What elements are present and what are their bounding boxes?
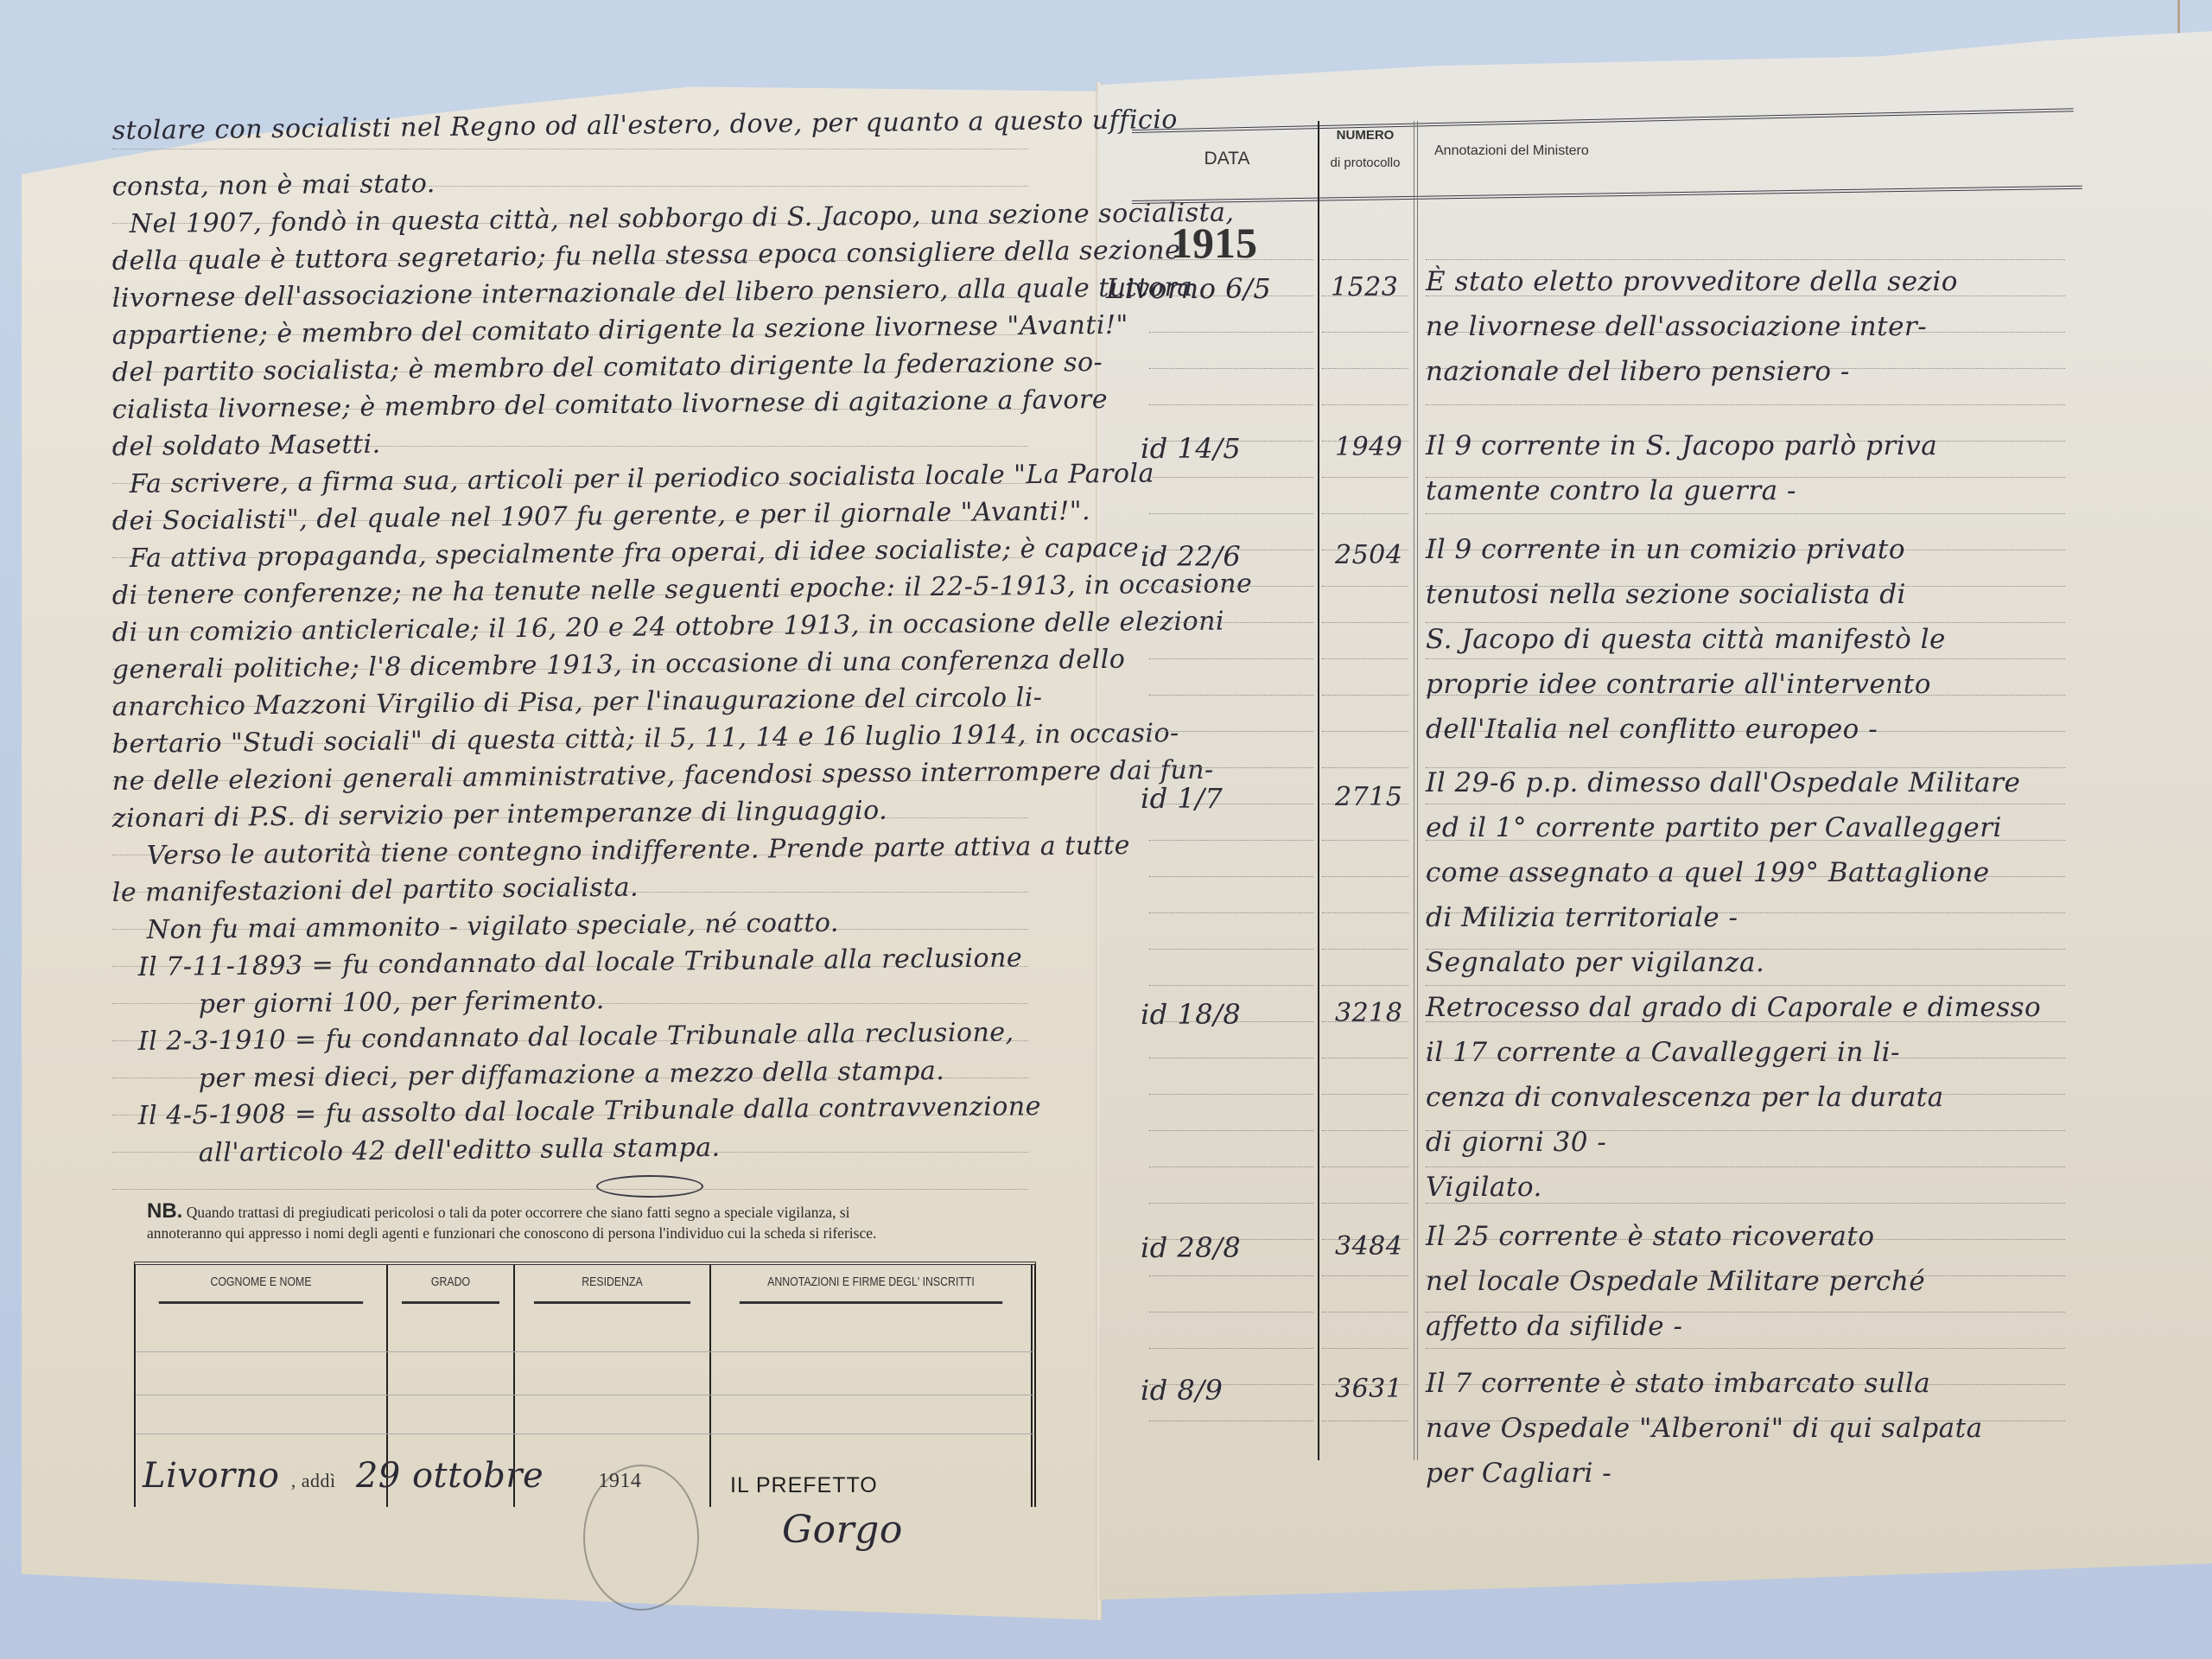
ruled-line (1149, 695, 1313, 696)
ruled-line (1426, 513, 2065, 514)
ruled-line (1322, 622, 1408, 623)
place: Livorno (143, 1456, 280, 1496)
table-rule (136, 1351, 1034, 1352)
ruled-line (1322, 876, 1408, 877)
ruled-line (1149, 912, 1313, 913)
ruled-line (1149, 477, 1313, 478)
ruled-line (1322, 658, 1408, 659)
entry-note: Il 9 corrente in S. Jacopo parlò priva t… (1426, 423, 2203, 513)
entry-note: Il 29-6 p.p. dimesso dall'Ospedale Milit… (1426, 760, 2203, 985)
entry-date: Livorno 6/5 (1106, 272, 1271, 305)
entry-date: id 22/6 (1141, 540, 1241, 573)
ruled-line (1149, 1275, 1313, 1276)
ruled-line (1149, 731, 1313, 732)
ruled-line (1149, 1094, 1313, 1095)
ruled-line (1322, 985, 1408, 986)
ruled-line (1322, 1203, 1408, 1204)
entry-protocol: 3484 (1335, 1231, 1402, 1262)
ruled-line (1149, 1312, 1313, 1313)
column-header: ANNOTAZIONI E FIRME DEGL' INSCRITTI (740, 1265, 1002, 1304)
ruled-line (1322, 404, 1408, 405)
ruled-line (1149, 949, 1313, 950)
entry-note: Il 25 corrente è stato ricoverato nel lo… (1426, 1214, 2203, 1349)
ruled-line (1149, 586, 1313, 587)
signer-title: IL PREFETTO (730, 1473, 878, 1498)
entry-protocol: 2715 (1335, 782, 1402, 812)
ruled-line (1322, 259, 1408, 260)
ruled-line (1322, 513, 1408, 514)
entry-note: Retrocesso dal grado di Caporale e dimes… (1426, 985, 2203, 1210)
ruled-line (1149, 1348, 1313, 1349)
ruled-line (1149, 1203, 1313, 1204)
nb-label: NB. (147, 1199, 182, 1223)
column-header-number: NUMERO (1318, 128, 1413, 143)
ruled-line (1426, 404, 2065, 405)
entry-date: id 28/8 (1141, 1231, 1241, 1264)
entry-date: id 8/9 (1141, 1374, 1223, 1407)
ruled-line (1322, 912, 1408, 913)
column-divider (1318, 121, 1319, 1460)
ruled-line (1149, 332, 1313, 333)
closing-line: Livorno , addì 29 ottobre 1914 (143, 1456, 641, 1496)
entry-protocol: 1949 (1335, 432, 1402, 462)
column-header-date: DATA (1158, 149, 1296, 169)
ruled-line (1149, 985, 1313, 986)
ruled-line (1322, 477, 1408, 478)
entry-protocol: 1523 (1331, 272, 1398, 302)
ruled-line (1149, 368, 1313, 369)
entry-note: Il 9 corrente in un comizio privato tenu… (1426, 527, 2203, 752)
ruled-line (1149, 1166, 1313, 1167)
column-header-protocol: di protocollo (1318, 156, 1413, 170)
ruled-line (1149, 767, 1313, 768)
entry-protocol: 2504 (1335, 540, 1402, 570)
entry-date: id 14/5 (1141, 432, 1241, 465)
ruled-line (112, 149, 1028, 149)
ruled-line (1322, 332, 1408, 333)
ruled-line (1322, 1421, 1408, 1421)
ruled-line (1322, 586, 1408, 587)
entry-date: id 18/8 (1141, 998, 1241, 1031)
ruled-line (1322, 1094, 1408, 1095)
ruled-line (1322, 695, 1408, 696)
ruled-line (1149, 840, 1313, 841)
ruled-line (112, 1189, 1028, 1190)
column-header: GRADO (402, 1265, 499, 1304)
entry-protocol: 3218 (1335, 998, 1402, 1028)
ruled-line (1149, 1058, 1313, 1058)
official-stamp (583, 1465, 699, 1611)
entry-note: È stato eletto provveditore della sezio … (1426, 259, 2203, 394)
table-rule (136, 1395, 1034, 1395)
ruled-line (1149, 513, 1313, 514)
addi-label: , addì (291, 1470, 336, 1491)
ruled-line (1322, 368, 1408, 369)
ruled-line (1322, 767, 1408, 768)
entry-protocol: 3631 (1335, 1374, 1402, 1404)
year-label: 1915 (1171, 218, 1257, 268)
ruled-line (1322, 1348, 1408, 1349)
ruled-line (1322, 949, 1408, 950)
column-header: COGNOME E NOME (159, 1265, 363, 1304)
column-header: RESIDENZA (534, 1265, 690, 1304)
column-divider (1414, 121, 1414, 1460)
column-divider (1417, 121, 1418, 1460)
ruled-line (1322, 1312, 1408, 1313)
entry-note: Il 7 corrente è stato imbarcato sulla na… (1426, 1361, 2203, 1496)
ruled-line (1322, 1275, 1408, 1276)
ruled-line (1149, 1421, 1313, 1421)
ruled-line (1322, 1130, 1408, 1131)
nb-note: NB. Quando trattasi di pregiudicati peri… (147, 1201, 925, 1243)
prefect-signature: Gorgo (782, 1508, 903, 1552)
ruled-line (1322, 1166, 1408, 1167)
ruled-line (1149, 658, 1313, 659)
column-header-notes: Annotazioni del Ministero (1434, 143, 1659, 159)
ruled-line (1149, 622, 1313, 623)
flourish-ornament (596, 1175, 703, 1198)
date: 29 ottobre (356, 1456, 543, 1496)
entry-date: id 1/7 (1141, 782, 1223, 815)
nb-text: Quando trattasi di pregiudicati pericolo… (147, 1204, 876, 1242)
ruled-line (1322, 1058, 1408, 1058)
ruled-line (1149, 1130, 1313, 1131)
ruled-line (1322, 840, 1408, 841)
table-column: ANNOTAZIONI E FIRME DEGL' INSCRITTI (711, 1265, 1033, 1507)
ruled-line (1149, 876, 1313, 877)
ruled-line (1149, 404, 1313, 405)
table-rule (136, 1433, 1034, 1434)
ruled-line (1322, 731, 1408, 732)
